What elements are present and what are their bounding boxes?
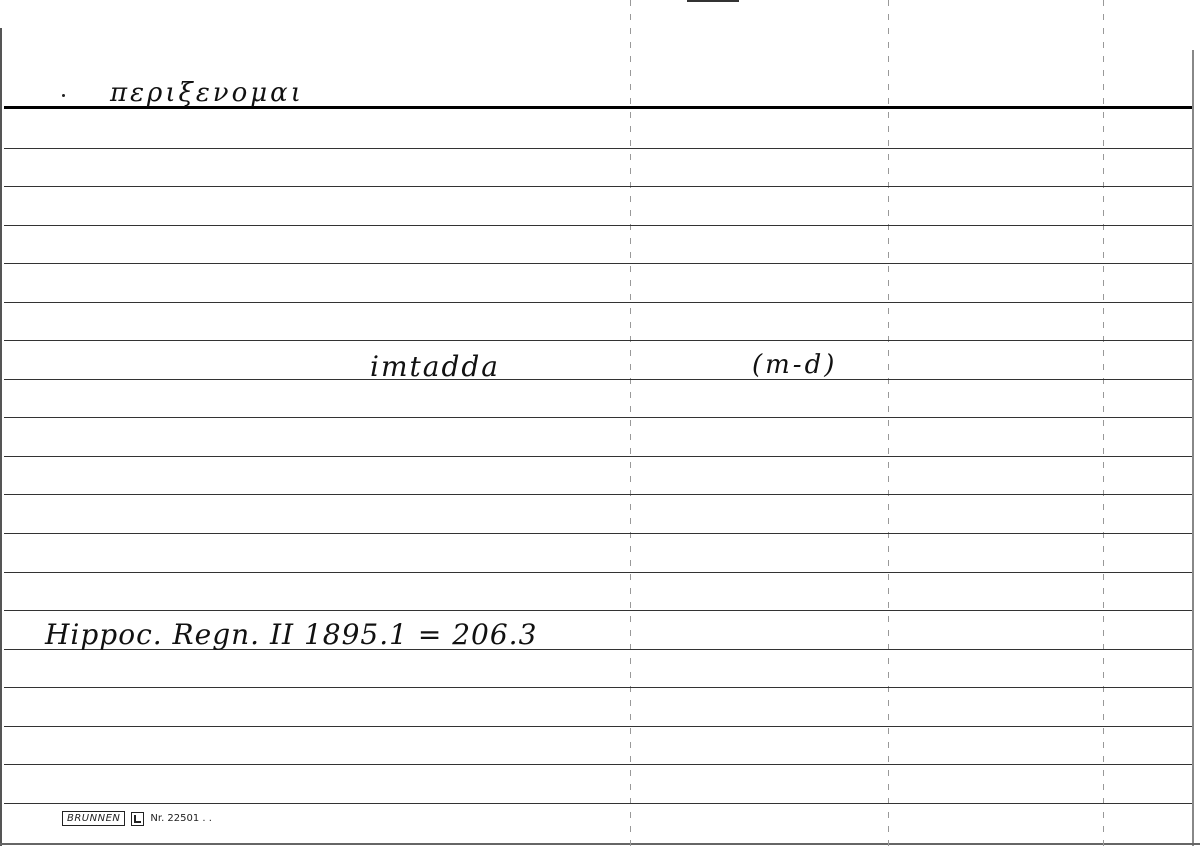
brunnen-logo-icon: [131, 812, 144, 826]
ruled-line: [4, 263, 1192, 264]
ruled-line: [4, 687, 1192, 688]
vertical-guide: [1103, 0, 1104, 846]
card-left-edge: [0, 28, 2, 846]
ruled-line: [4, 456, 1192, 457]
vertical-guide: [630, 0, 631, 846]
ruled-line: [4, 803, 1192, 804]
source-reference: Hippoc. Regn. II 1895.1 = 206.3: [45, 618, 537, 651]
ruled-line: [4, 610, 1192, 611]
ruled-line: [4, 417, 1192, 418]
ruled-line: [4, 533, 1192, 534]
vertical-guide: [888, 0, 889, 846]
greek-headword: περιξενομαι: [110, 78, 304, 108]
card-number: Nr. 22501 . .: [150, 813, 212, 824]
ruled-line: [4, 379, 1192, 380]
ruled-line: [4, 572, 1192, 573]
ink-dot: [62, 94, 65, 97]
top-scan-mark: [687, 0, 739, 2]
ruled-line: [4, 186, 1192, 187]
ruled-line: [4, 302, 1192, 303]
ruled-line: [4, 726, 1192, 727]
ruled-line: [4, 225, 1192, 226]
ruled-line: [4, 764, 1192, 765]
card-right-edge: [1192, 50, 1194, 846]
translation-word: imtadda: [370, 350, 500, 383]
ruled-line: [4, 340, 1192, 341]
card-bottom-edge: [0, 843, 1200, 845]
printer-mark: BRUNNEN Nr. 22501 . .: [62, 811, 212, 826]
brand-name: BRUNNEN: [62, 811, 125, 826]
index-card: περιξενομαι imtadda (m-d) Hippoc. Regn. …: [0, 0, 1200, 846]
ruled-line: [4, 494, 1192, 495]
grammar-note: (m-d): [752, 350, 837, 380]
ruled-line: [4, 148, 1192, 149]
